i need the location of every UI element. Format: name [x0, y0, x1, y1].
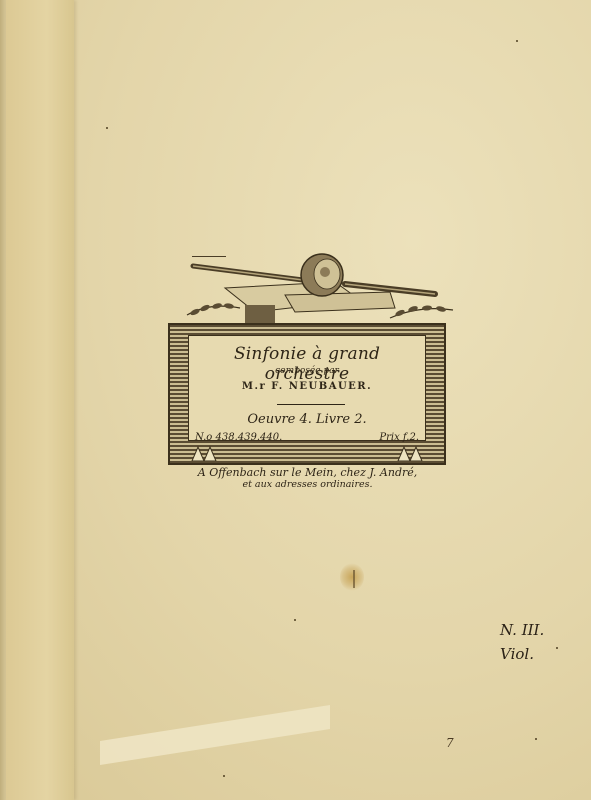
- price: Prix f.2.: [379, 432, 419, 443]
- frame-foot-right-icon: [396, 445, 424, 461]
- speck: [556, 647, 558, 649]
- speck: [106, 127, 108, 129]
- speck: [223, 775, 225, 777]
- title-frame: Sinfonie à grand orchestre composée par …: [168, 323, 446, 465]
- title-cartouche: Sinfonie à grand orchestre composée par …: [188, 335, 426, 441]
- pencil-mark: 7: [446, 736, 454, 750]
- frame-foot-left-icon: [190, 445, 218, 461]
- composed-by: composée par: [189, 366, 425, 376]
- speck: [294, 619, 296, 621]
- opus-number: Oeuvre 4. Livre 2.: [189, 412, 425, 427]
- publisher-imprint: A Offenbach sur le Mein, chez J. André,: [165, 466, 450, 479]
- left-paper-strip: [6, 0, 74, 800]
- telescope-globe-scroll-laurel-vignette-icon: [185, 250, 455, 325]
- foxing-stain: [340, 563, 364, 591]
- speck: [535, 738, 537, 740]
- page-background: Sinfonie à grand orchestre composée par …: [0, 0, 591, 800]
- divider-rule: [277, 404, 345, 405]
- paper-flap: [100, 705, 330, 765]
- publisher-imprint-2: et aux adresses ordinaires.: [165, 479, 450, 490]
- title-engraving: Sinfonie à grand orchestre composée par …: [165, 250, 450, 490]
- plate-numbers: N.o 438.439.440.: [195, 432, 282, 443]
- ink-scratch: [353, 570, 355, 588]
- shelfmark-line-2: Viol.: [500, 642, 544, 666]
- shelfmark-line-1: N. III.: [500, 618, 544, 642]
- composer-name: M.r F. NEUBAUER.: [189, 381, 425, 392]
- work-title: Sinfonie à grand orchestre: [189, 344, 425, 384]
- speck: [516, 40, 518, 42]
- handwritten-shelfmark: N. III. Viol.: [500, 618, 544, 666]
